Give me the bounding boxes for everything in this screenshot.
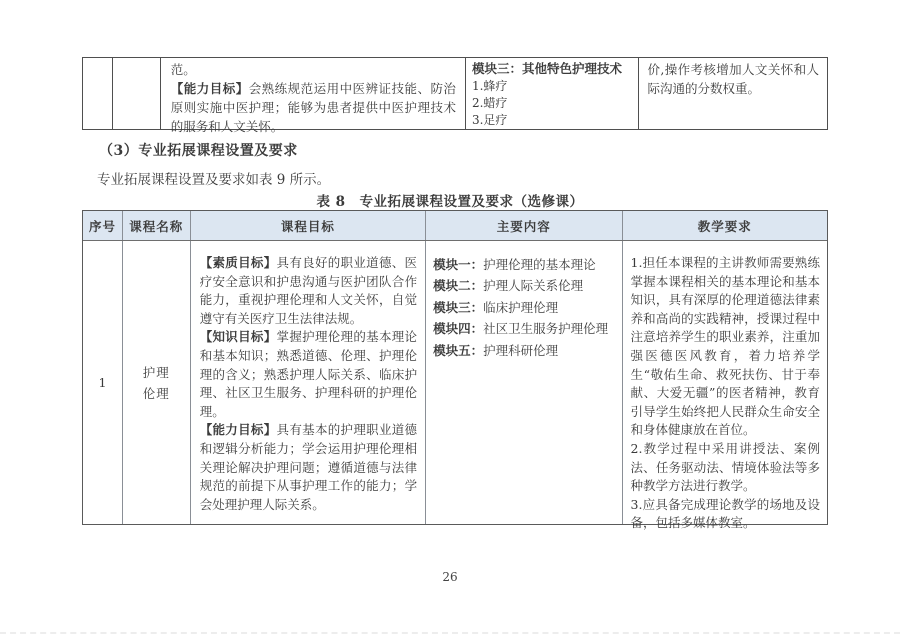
table-row: 1 护理 伦理 【素质目标】具有良好的职业道德、医疗安全意识和护患沟通与医护团队… xyxy=(83,241,827,524)
section-heading: （3）专业拓展课程设置及要求 xyxy=(99,140,298,160)
content-module-4: 模块四：社区卫生服务护理伦理 xyxy=(433,318,615,339)
continued-goal-cell: 范。 【能力目标】会熟练规范运用中医辨证技能、防治原则实施中医护理；能够为患者提… xyxy=(161,58,466,129)
header-name: 课程名称 xyxy=(123,211,191,240)
course-name-line1: 护理 xyxy=(143,362,170,383)
goal-overflow-line: 范。 xyxy=(171,60,456,79)
cell-course-no: 1 xyxy=(83,241,123,524)
content-module-3: 模块三：临床护理伦理 xyxy=(433,297,615,318)
module3-item-3: 3.足疗 xyxy=(472,112,633,129)
goal-knowledge: 【知识目标】掌握护理伦理的基本理论和基本知识；熟悉道德、伦理、护理伦理的含义；熟… xyxy=(200,328,417,421)
page-number: 26 xyxy=(0,570,900,584)
continued-content-cell: 模块三：其他特色护理技术 1.蜂疗 2.蜡疗 3.足疗 xyxy=(466,58,640,129)
table-caption: 表 8 专业拓展课程设置及要求（选修课） xyxy=(0,190,900,210)
requirement-2: 2.教学过程中采用讲授法、案例法、任务驱动法、情境体验法等多种教学方法进行教学。 xyxy=(631,440,820,496)
header-no: 序号 xyxy=(83,211,123,240)
requirement-1: 1.担任本课程的主讲教师需要熟练掌握本课程相关的基本理论和基本知识，具有深厚的伦… xyxy=(631,254,820,440)
ability-goal-paragraph: 【能力目标】会熟练规范运用中医辨证技能、防治原则实施中医护理；能够为患者提供中医… xyxy=(171,79,456,136)
content-module-1: 模块一：护理伦理的基本理论 xyxy=(433,254,615,275)
course-name-line2: 伦理 xyxy=(143,383,170,404)
continued-requirement-cell: 价,操作考核增加人文关怀和人际沟通的分数权重。 xyxy=(639,58,827,129)
header-goal: 课程目标 xyxy=(191,211,426,240)
module3-header: 模块三：其他特色护理技术 xyxy=(472,59,633,78)
cell-course-name: 护理 伦理 xyxy=(123,241,191,524)
header-req: 教学要求 xyxy=(623,211,827,240)
cell-course-goals: 【素质目标】具有良好的职业道德、医疗安全意识和护患沟通与医护团队合作能力，重视护… xyxy=(191,241,426,524)
continued-requirement-text: 价,操作考核增加人文关怀和人际沟通的分数权重。 xyxy=(647,62,819,96)
course-table-header-row: 序号 课程名称 课程目标 主要内容 教学要求 xyxy=(83,211,827,241)
cell-main-content: 模块一：护理伦理的基本理论 模块二：护理人际关系伦理 模块三：临床护理伦理 模块… xyxy=(426,241,622,524)
page-bottom-edge xyxy=(0,632,900,634)
continued-table-empty-col-2 xyxy=(113,58,161,129)
goal-ability: 【能力目标】具有基本的护理职业道德和逻辑分析能力；学会运用护理伦理相关理论解决护… xyxy=(200,421,417,514)
continued-table-empty-col-1 xyxy=(83,58,113,129)
cell-teaching-requirements: 1.担任本课程的主讲教师需要熟练掌握本课程相关的基本理论和基本知识，具有深厚的伦… xyxy=(623,241,827,524)
header-content: 主要内容 xyxy=(426,211,622,240)
requirement-3: 3.应具备完成理论教学的场地及设备，包括多媒体教室。 xyxy=(631,496,820,533)
course-table: 序号 课程名称 课程目标 主要内容 教学要求 1 护理 伦理 【素质目标】具有良… xyxy=(82,210,828,525)
document-page: 范。 【能力目标】会熟练规范运用中医辨证技能、防治原则实施中医护理；能够为患者提… xyxy=(0,0,900,636)
content-module-5: 模块五：护理科研伦理 xyxy=(433,340,615,361)
continued-table: 范。 【能力目标】会熟练规范运用中医辨证技能、防治原则实施中医护理；能够为患者提… xyxy=(82,57,828,130)
module3-item-2: 2.蜡疗 xyxy=(472,95,633,112)
module3-item-1: 1.蜂疗 xyxy=(472,78,633,95)
ability-goal-label: 【能力目标】 xyxy=(171,81,249,96)
content-module-2: 模块二：护理人际关系伦理 xyxy=(433,275,615,296)
section-intro: 专业拓展课程设置及要求如表 9 所示。 xyxy=(97,168,330,188)
goal-quality: 【素质目标】具有良好的职业道德、医疗安全意识和护患沟通与医护团队合作能力，重视护… xyxy=(200,254,417,328)
